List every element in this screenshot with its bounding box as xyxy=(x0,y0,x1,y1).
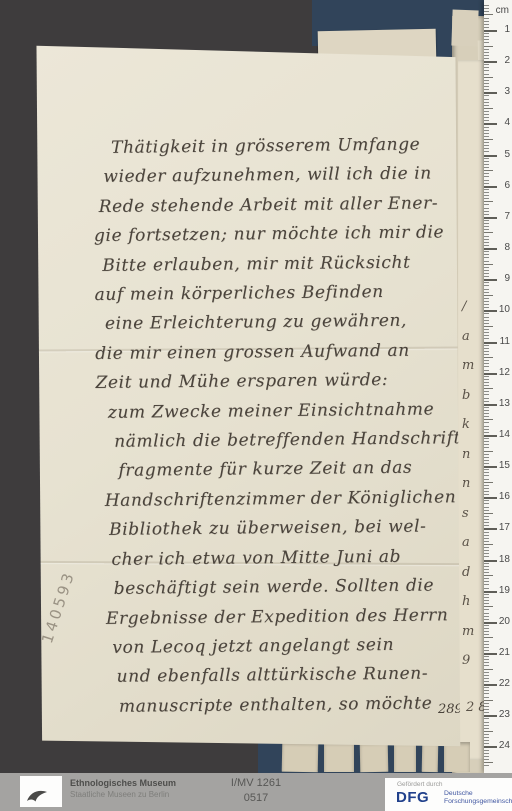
ruler-tick xyxy=(484,18,489,19)
ruler-tick xyxy=(484,507,489,508)
ruler-tick xyxy=(484,669,493,670)
ruler-tick xyxy=(484,413,489,414)
manuscript-page: Thätigkeit in grösserem Umfangewieder au… xyxy=(30,40,462,752)
ruler-tick xyxy=(484,697,489,698)
page-number: 289 xyxy=(438,702,463,717)
ruler-tick xyxy=(484,148,489,149)
ruler-number: 12 xyxy=(496,367,510,378)
ruler-number: 20 xyxy=(496,616,510,627)
ruler-number: 21 xyxy=(496,647,510,658)
ruler-tick xyxy=(484,11,489,12)
ruler-tick xyxy=(484,24,489,25)
ruler-tick xyxy=(484,444,489,445)
ruler-tick xyxy=(484,99,489,100)
ruler-tick xyxy=(484,133,489,134)
ruler-tick xyxy=(484,95,489,96)
ruler-tick xyxy=(484,360,489,361)
ruler-tick xyxy=(484,469,489,470)
ruler-tick xyxy=(484,158,489,159)
paper-stack-edge xyxy=(324,742,354,772)
ruler-tick xyxy=(484,130,489,131)
ruler-tick xyxy=(484,270,489,271)
edge-fragment: b xyxy=(462,381,484,411)
ruler-tick xyxy=(484,463,489,464)
ruler-tick xyxy=(484,245,489,246)
ruler-tick xyxy=(484,167,489,168)
manuscript-line: nämlich die betreffenden Handschrift- xyxy=(114,424,476,457)
manuscript-line: Rede stehende Arbeit mit aller Ener- xyxy=(99,189,474,222)
ruler-number: 11 xyxy=(496,336,510,347)
ruler: cm 1234567891011121314151617181920212223… xyxy=(484,0,512,773)
manuscript-line: von Lecoq jetzt angelangt sein xyxy=(112,630,478,663)
funding-box: Gefördert durch DFG Deutsche Forschungsg… xyxy=(385,778,512,811)
ruler-tick xyxy=(484,74,489,75)
footer-bar: Ethnologisches Museum Staatliche Museen … xyxy=(0,773,512,811)
dfg-logo: DFG xyxy=(396,789,429,806)
ruler-tick xyxy=(484,105,489,106)
ruler-tick xyxy=(484,329,489,330)
smb-logo-icon xyxy=(20,776,62,807)
ruler-tick xyxy=(484,718,489,719)
edge-fragment: m xyxy=(462,617,484,647)
ruler-number: 19 xyxy=(496,585,510,596)
edge-fragment: n xyxy=(462,469,484,499)
ruler-tick xyxy=(484,488,489,489)
ruler-tick xyxy=(484,544,493,545)
museum-title-block: Ethnologisches Museum Staatliche Museen … xyxy=(70,778,176,800)
paper-stack-edge xyxy=(451,10,478,47)
manuscript-line: Zeit und Mühe ersparen würde: xyxy=(95,365,475,398)
edge-fragment: h xyxy=(462,587,484,617)
edge-fragment: / xyxy=(462,292,484,322)
ruler-tick xyxy=(484,525,489,526)
ruler-tick xyxy=(484,659,489,660)
ruler-tick xyxy=(484,625,489,626)
edge-fragment: m xyxy=(462,351,484,381)
manuscript-line: gie fortsetzen; nur möchte ich mir die xyxy=(94,218,474,251)
ruler-tick xyxy=(484,332,489,333)
ruler-tick xyxy=(484,52,489,53)
ruler-number: 17 xyxy=(496,522,510,533)
ruler-tick xyxy=(484,563,489,564)
funding-org-line2: Forschungsgemeinschaft xyxy=(444,798,512,806)
ruler-tick xyxy=(484,743,489,744)
museum-subtitle: Staatliche Museen zu Berlin xyxy=(70,789,176,800)
ruler-tick xyxy=(484,264,493,265)
ruler-tick xyxy=(484,142,489,143)
ruler-tick xyxy=(484,566,489,567)
ruler-number: 22 xyxy=(496,678,510,689)
ruler-tick xyxy=(484,494,489,495)
ruler-tick xyxy=(484,750,489,751)
ruler-tick xyxy=(484,180,489,181)
ruler-tick xyxy=(484,295,493,296)
ruler-tick xyxy=(484,603,489,604)
inventory-number: I/MV 1261 xyxy=(176,776,336,791)
funding-org-line1: Deutsche xyxy=(444,790,512,798)
ruler-tick xyxy=(484,388,493,389)
ruler-tick xyxy=(484,398,489,399)
ruler-tick xyxy=(484,519,489,520)
ruler-tick xyxy=(484,232,493,233)
ruler-tick xyxy=(484,307,489,308)
paper-stack-edge xyxy=(360,742,389,772)
manuscript-line: wieder aufzunehmen, will ich die in xyxy=(103,159,473,192)
funding-label: Gefördert durch xyxy=(397,781,443,788)
manuscript-line: beschäftigt sein werde. Sollten die xyxy=(114,571,478,604)
ruler-tick xyxy=(484,550,489,551)
ruler-tick xyxy=(484,282,489,283)
ruler-tick xyxy=(484,588,489,589)
ruler-tick xyxy=(484,127,489,128)
ruler-tick xyxy=(484,14,493,15)
ruler-tick xyxy=(484,447,489,448)
ruler-tick xyxy=(484,379,489,380)
funding-org-name: Deutsche Forschungsgemeinschaft xyxy=(444,790,512,806)
ruler-tick xyxy=(484,672,489,673)
ruler-tick xyxy=(484,482,493,483)
ruler-tick xyxy=(484,220,489,221)
ruler-tick xyxy=(484,581,489,582)
inventory-block: I/MV 1261 0517 xyxy=(176,776,336,806)
ruler-tick xyxy=(484,251,489,252)
manuscript-line: die mir einen grossen Aufwand an xyxy=(95,336,475,369)
ruler-number: 8 xyxy=(496,242,510,253)
ruler-tick xyxy=(484,236,489,237)
ruler-tick xyxy=(484,419,493,420)
manuscript-line: Handschriftenzimmer der Königlichen xyxy=(105,483,477,516)
ruler-tick xyxy=(484,139,493,140)
ruler-tick xyxy=(484,151,489,152)
ruler-tick xyxy=(484,441,489,442)
museum-logo xyxy=(20,776,62,807)
ruler-tick xyxy=(484,301,489,302)
ruler-tick xyxy=(484,665,489,666)
ruler-tick xyxy=(484,740,489,741)
ruler-tick xyxy=(484,102,489,103)
ruler-tick xyxy=(484,55,489,56)
manuscript-line: eine Erleichterung zu gewähren, xyxy=(105,306,475,339)
ruler-tick xyxy=(484,535,489,536)
paper-stack-edge xyxy=(444,742,470,772)
pencil-inventory-number: 140593 xyxy=(38,568,78,645)
ruler-tick xyxy=(484,491,489,492)
ruler-tick xyxy=(484,117,489,118)
ruler-number: 7 xyxy=(496,211,510,222)
manuscript-text: Thätigkeit in grösserem Umfangewieder au… xyxy=(93,130,479,722)
edge-fragment: d xyxy=(462,558,484,588)
ruler-tick xyxy=(484,650,489,651)
ruler-tick xyxy=(484,475,489,476)
manuscript-line: Thätigkeit in grösserem Umfange xyxy=(111,130,473,163)
ruler-tick xyxy=(484,176,489,177)
ruler-tick xyxy=(484,86,489,87)
edge-fragment: a xyxy=(462,528,484,558)
ruler-tick xyxy=(484,261,489,262)
ruler-tick xyxy=(484,382,489,383)
ruler-tick xyxy=(484,285,489,286)
ruler-tick xyxy=(484,370,489,371)
ruler-tick xyxy=(484,292,489,293)
ruler-tick xyxy=(484,569,489,570)
ruler-tick xyxy=(484,21,489,22)
ruler-tick xyxy=(484,600,489,601)
ruler-tick xyxy=(484,454,489,455)
ruler-tick xyxy=(484,351,489,352)
ruler-tick xyxy=(484,765,489,766)
edge-fragment: n xyxy=(462,440,484,470)
manuscript-line: Bitte erlauben, mir mit Rücksicht xyxy=(102,248,474,281)
ruler-tick xyxy=(484,114,489,115)
ruler-tick xyxy=(484,556,489,557)
ruler-tick xyxy=(484,438,489,439)
ruler-tick xyxy=(484,80,489,81)
ruler-tick xyxy=(484,33,489,34)
museum-name: Ethnologisches Museum xyxy=(70,778,176,789)
ruler-tick xyxy=(484,223,489,224)
ruler-tick xyxy=(484,606,493,607)
scan-number: 0517 xyxy=(176,791,336,806)
paper-stack-edge xyxy=(394,742,416,772)
paper-stack-edge xyxy=(422,742,439,772)
ruler-tick xyxy=(484,335,489,336)
ruler-tick xyxy=(484,687,489,688)
ruler-tick xyxy=(484,631,489,632)
ruler-tick xyxy=(484,422,489,423)
ruler-number: 3 xyxy=(496,86,510,97)
ruler-tick xyxy=(484,485,489,486)
ruler-tick xyxy=(484,429,489,430)
ruler-tick xyxy=(484,391,489,392)
ruler-tick xyxy=(484,762,493,763)
ruler-tick xyxy=(484,619,489,620)
ruler-tick xyxy=(484,609,489,610)
ruler-tick xyxy=(484,195,489,196)
ruler-number: 2 xyxy=(496,55,510,66)
ruler-tick xyxy=(484,317,489,318)
ruler-unit-label: cm xyxy=(496,5,509,16)
ruler-tick xyxy=(484,532,489,533)
ruler-number: 15 xyxy=(496,460,510,471)
ruler-tick xyxy=(484,734,489,735)
ruler-tick xyxy=(484,700,493,701)
edge-fragment: a xyxy=(462,322,484,352)
ruler-tick xyxy=(484,407,489,408)
ruler-tick xyxy=(484,756,489,757)
ruler-tick xyxy=(484,678,489,679)
ruler-tick xyxy=(484,208,489,209)
ruler-tick xyxy=(484,273,489,274)
ruler-tick xyxy=(484,731,493,732)
ruler-tick xyxy=(484,357,493,358)
ruler-tick xyxy=(484,189,489,190)
ruler-tick xyxy=(484,345,489,346)
ruler-tick xyxy=(484,410,489,411)
ruler-tick xyxy=(484,578,489,579)
ruler-tick xyxy=(484,67,489,68)
ruler-tick xyxy=(484,239,489,240)
ruler-tick xyxy=(484,323,489,324)
ruler-tick xyxy=(484,164,489,165)
ruler-tick xyxy=(484,759,489,760)
ruler-tick xyxy=(484,366,489,367)
ruler-tick xyxy=(484,8,489,9)
ruler-tick xyxy=(484,313,489,314)
ruler-tick xyxy=(484,401,489,402)
paper-stack-edge xyxy=(282,742,319,773)
ruler-tick xyxy=(484,500,489,501)
ruler-tick xyxy=(484,320,489,321)
ruler-tick xyxy=(484,725,489,726)
ruler-tick xyxy=(484,647,489,648)
ruler-tick xyxy=(484,722,489,723)
ruler-tick xyxy=(484,503,489,504)
ruler-tick xyxy=(484,348,489,349)
ruler-tick xyxy=(484,547,489,548)
ruler-tick xyxy=(484,597,489,598)
ruler-tick xyxy=(484,214,489,215)
ruler-number: 5 xyxy=(496,149,510,160)
ruler-number: 1 xyxy=(496,24,510,35)
ruler-tick xyxy=(484,36,489,37)
ruler-tick xyxy=(484,712,489,713)
ruler-tick xyxy=(484,460,489,461)
edge-fragment: k xyxy=(462,410,484,440)
ruler-tick xyxy=(484,27,489,28)
ruler-tick xyxy=(484,254,489,255)
ruler-number: 4 xyxy=(496,117,510,128)
ruler-tick xyxy=(484,541,489,542)
ruler-tick xyxy=(484,394,489,395)
ruler-tick xyxy=(484,637,493,638)
ruler-tick xyxy=(484,656,489,657)
ruler-tick xyxy=(484,451,493,452)
ruler-tick xyxy=(484,77,493,78)
ruler-tick xyxy=(484,681,489,682)
ruler-tick xyxy=(484,201,493,202)
ruler-tick xyxy=(484,173,489,174)
ruler-tick xyxy=(484,737,489,738)
ruler-tick xyxy=(484,584,489,585)
manuscript-line: manuscripte enthalten, so möchte xyxy=(119,689,479,722)
scan-viewport: /ambknnsadhm9 2 8 Thätigkeit in grössere… xyxy=(0,0,512,811)
ruler-tick xyxy=(484,553,489,554)
manuscript-line: zum Zwecke meiner Einsichtnahme xyxy=(108,395,476,428)
ruler-tick xyxy=(484,538,489,539)
ruler-tick xyxy=(484,5,489,6)
ruler-tick xyxy=(484,706,489,707)
ruler-tick xyxy=(484,276,489,277)
ruler-number: 16 xyxy=(496,491,510,502)
ruler-tick xyxy=(484,432,489,433)
ruler-number: 10 xyxy=(496,304,510,315)
ruler-tick xyxy=(484,728,489,729)
ruler-tick xyxy=(484,42,489,43)
ruler-tick xyxy=(484,198,489,199)
ruler-number: 14 xyxy=(496,429,510,440)
ruler-tick xyxy=(484,675,489,676)
ruler-tick xyxy=(484,108,493,109)
ruler-tick xyxy=(484,58,489,59)
ruler-tick xyxy=(484,211,489,212)
ruler-number: 23 xyxy=(496,709,510,720)
ruler-tick xyxy=(484,385,489,386)
ruler-tick xyxy=(484,83,489,84)
ruler-tick xyxy=(484,522,489,523)
ruler-tick xyxy=(484,628,489,629)
ruler-tick xyxy=(484,229,489,230)
ruler-tick xyxy=(484,641,489,642)
ruler-tick xyxy=(484,457,489,458)
ruler-tick xyxy=(484,204,489,205)
manuscript-line: und ebenfalls alttürkische Runen- xyxy=(116,659,478,692)
ruler-number: 24 xyxy=(496,740,510,751)
ruler-tick xyxy=(484,242,489,243)
ruler-tick xyxy=(484,693,489,694)
ruler-tick xyxy=(484,338,489,339)
ruler-tick xyxy=(484,89,489,90)
ruler-tick xyxy=(484,513,493,514)
ruler-tick xyxy=(484,161,489,162)
ruler-tick xyxy=(484,170,493,171)
ruler-number: 9 xyxy=(496,273,510,284)
ruler-tick xyxy=(484,662,489,663)
manuscript-line: Ergebnisse der Expedition des Herrn xyxy=(106,601,478,634)
ruler-number: 13 xyxy=(496,398,510,409)
ruler-tick xyxy=(484,111,489,112)
ruler-tick xyxy=(484,510,489,511)
ruler-tick xyxy=(484,192,489,193)
ruler-tick xyxy=(484,572,489,573)
ruler-tick xyxy=(484,753,489,754)
edge-fragment: s xyxy=(462,499,484,529)
ruler-tick xyxy=(484,516,489,517)
manuscript-line: cher ich etwa von Mitte Juni ab xyxy=(111,542,477,575)
ruler-tick xyxy=(484,426,489,427)
ruler-number: 18 xyxy=(496,554,510,565)
ruler-tick xyxy=(484,709,489,710)
ruler-tick xyxy=(484,39,489,40)
edge-fragments: /ambknnsadhm9 xyxy=(462,292,484,676)
ruler-tick xyxy=(484,354,489,355)
ruler-tick xyxy=(484,46,493,47)
ruler-tick xyxy=(484,703,489,704)
ruler-tick xyxy=(484,616,489,617)
ruler-tick xyxy=(484,416,489,417)
ruler-tick xyxy=(484,613,489,614)
ruler-tick xyxy=(484,363,489,364)
ruler-tick xyxy=(484,49,489,50)
ruler-tick xyxy=(484,70,489,71)
manuscript-line: auf mein körperliches Befinden xyxy=(94,277,474,310)
manuscript-line: Bibliothek zu überweisen, bei wel- xyxy=(109,512,477,545)
ruler-tick xyxy=(484,644,489,645)
edge-fragment: 9 xyxy=(462,646,484,676)
ruler-tick xyxy=(484,64,489,65)
ruler-tick xyxy=(484,376,489,377)
ruler-tick xyxy=(484,634,489,635)
ruler-tick xyxy=(484,136,489,137)
ruler-tick xyxy=(484,298,489,299)
ruler-tick xyxy=(484,690,489,691)
manuscript-line: fragmente für kurze Zeit an das xyxy=(118,453,476,486)
ruler-number: 6 xyxy=(496,180,510,191)
ruler-tick xyxy=(484,472,489,473)
ruler-tick xyxy=(484,575,493,576)
ruler-tick xyxy=(484,479,489,480)
ruler-tick xyxy=(484,226,489,227)
ruler-tick xyxy=(484,289,489,290)
